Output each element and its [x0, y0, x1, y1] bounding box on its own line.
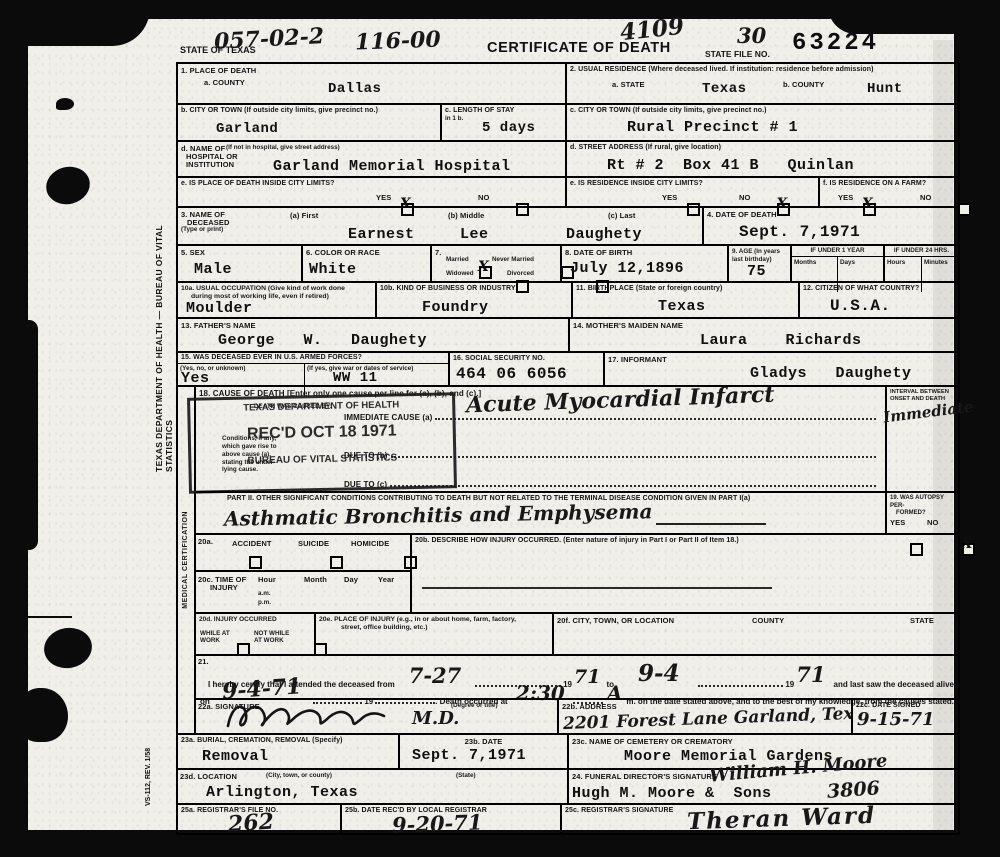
field-length-of-stay: c. LENGTH OF STAY in 1 b. 5 days: [440, 105, 565, 140]
received-stamp: TEXAS DEPARTMENT OF HEALTH REC'D OCT 18 …: [187, 392, 457, 494]
date-signed-value: 9-15-71: [857, 711, 935, 729]
dob-value: July 12,1896: [570, 261, 684, 276]
field-injury-occurred: 20d. INJURY OCCURRED WHILE AT WORK NOT W…: [196, 614, 314, 654]
field-label: 13. FATHER'S NAME: [181, 321, 565, 330]
medical-certification-block: MEDICAL CERTIFICATION 18. CAUSE OF DEATH…: [178, 385, 958, 733]
father-value: George W. Daughety: [218, 333, 427, 348]
field-how-injury-occurred: 20b. DESCRIBE HOW INJURY OCCURRED. (Ente…: [410, 535, 958, 612]
handwritten-dash: [656, 523, 766, 525]
field-race: 6. COLOR OR RACE White: [301, 246, 430, 281]
field-funeral-director: 24. FUNERAL DIRECTOR'S SIGNATURE William…: [567, 770, 958, 803]
scan-blob-left-mid: [20, 320, 38, 550]
row-place-residence: 1. PLACE OF DEATH a. COUNTY Dallas 2. US…: [178, 64, 958, 103]
certificate-form: 1. PLACE OF DEATH a. COUNTY Dallas 2. US…: [176, 62, 960, 835]
field-part2-conditions: PART II. OTHER SIGNIFICANT CONDITIONS CO…: [196, 493, 885, 533]
dod-value: Sept. 7,1971: [739, 224, 860, 240]
field-label: 20a.: [198, 537, 213, 546]
field-time-of-injury: 20c. TIME OF INJURY Hour a.m. p.m. Month…: [196, 570, 410, 614]
middle-name-value: Lee: [460, 227, 489, 242]
widowed-label: Widowed: [446, 270, 474, 278]
married-label: Married: [446, 256, 469, 264]
field-label3: INSTITUTION: [186, 160, 234, 169]
handwritten-code-right: 116-00: [355, 29, 441, 54]
last-name-value: Daughety: [566, 227, 642, 242]
industry-value: Foundry: [422, 300, 489, 315]
field-informant: 17. INFORMANT Gladys Daughety: [603, 353, 958, 385]
stamp-line-3: BUREAU OF VITAL STATISTICS: [193, 451, 451, 467]
field-place-of-death: 1. PLACE OF DEATH a. COUNTY Dallas: [178, 64, 565, 103]
handwritten-number-1: 4109: [619, 15, 685, 45]
field-mother-name: 14. MOTHER'S MAIDEN NAME Laura Richards: [568, 319, 958, 351]
row-certification: 21. I hereby certify that I attended the…: [196, 654, 958, 698]
street-value: Rt # 2 Box 41 B Quinlan: [607, 158, 854, 173]
burial-value: Removal: [202, 749, 269, 764]
row-injury-type-time: 20a. ACCIDENT SUICIDE HOMICIDE 20c. TIME…: [196, 533, 958, 612]
pm-label: p.m.: [258, 599, 271, 607]
row-sex-race-dob: 5. SEX Male 6. COLOR OR RACE White 7. Ma…: [178, 244, 958, 281]
occupation-value: Moulder: [186, 301, 253, 316]
handwritten-number-2: 30: [737, 25, 766, 46]
field-label: d. STREET ADDRESS (If rural, give locati…: [570, 144, 955, 152]
field-autopsy: 19. WAS AUTOPSY PER- FORMED? YES NOX: [885, 493, 958, 533]
field-label: 20b. DESCRIBE HOW INJURY OCCURRED. (Ente…: [415, 537, 955, 545]
field-physician-address: 22b. ADDRESS 2201 Forest Lane Garland, T…: [557, 700, 851, 733]
field-label2: INJURY: [210, 583, 238, 592]
row-forces-ssn-informant: 15. WAS DECEASED EVER IN U.S. ARMED FORC…: [178, 351, 958, 385]
stay-value: 5 days: [482, 121, 535, 135]
res-county-value: Hunt: [867, 82, 903, 96]
first-name-label: (a) First: [290, 211, 318, 220]
field-label: 20e. PLACE OF INJURY (e.g., in or about …: [319, 616, 549, 624]
field-label2: FORMED?: [896, 510, 955, 518]
medical-certification-label: MEDICAL CERTIFICATION: [182, 511, 191, 609]
no-label: NO: [478, 193, 489, 202]
field-label: e. IS RESIDENCE INSIDE CITY LIMITS?: [570, 180, 815, 188]
scanned-death-certificate: TEXAS DEPARTMENT OF HEALTH — BUREAU OF V…: [0, 0, 1000, 857]
dotted-line: [390, 485, 876, 487]
mother-value: Laura Richards: [700, 333, 862, 348]
month-label: Month: [304, 575, 327, 584]
row-location-director: 23d. LOCATION (City, town, or county) (S…: [178, 768, 958, 803]
from-year-value: 71: [574, 668, 600, 687]
field-label: 20f. CITY, TOWN, OR LOCATION: [557, 616, 674, 625]
field-registrar-file-no: 25a. REGISTRAR'S FILE NO. 262: [178, 805, 340, 835]
dotted-line: [435, 418, 876, 420]
field-res-on-farm: f. IS RESIDENCE ON A FARM? YESX NO: [818, 178, 958, 206]
checkbox-accident: [249, 556, 262, 569]
handwritten-code-left: 057-02-2: [213, 25, 324, 53]
field-label: 8. DATE OF BIRTH: [565, 248, 724, 257]
city-value: Garland: [216, 122, 278, 136]
field-label: 20d. INJURY OCCURRED: [199, 616, 311, 624]
field-usual-residence: 2. USUAL RESIDENCE (Where deceased lived…: [565, 64, 958, 103]
row-physician: 22a. SIGNATURE (Degree or title) M.D. 22…: [196, 698, 958, 733]
field-label: 23d. LOCATION: [180, 772, 237, 781]
field-label: 14. MOTHER'S MAIDEN NAME: [573, 321, 955, 330]
field-label3: (Type or print): [181, 226, 223, 234]
field-label: 11. BIRTHPLACE (State or foreign country…: [576, 285, 795, 293]
field-label: IF UNDER 24 HRS.: [885, 246, 958, 257]
city-town-county-label: (City, town, or county): [266, 772, 332, 780]
state-sublabel: (State): [456, 772, 476, 780]
field-label: 19. WAS AUTOPSY PER-: [890, 495, 955, 510]
field-label: 6. COLOR OR RACE: [306, 248, 427, 257]
no-label: NO: [927, 518, 938, 527]
field-label: 1. PLACE OF DEATH: [181, 66, 562, 75]
location-value: Arlington, Texas: [206, 785, 358, 800]
margin-form-code: VS-112, REV. 1/58: [145, 688, 152, 806]
field-date-of-death: 4. DATE OF DEATH Sept. 7,1971: [702, 208, 958, 244]
age-value: 75: [747, 264, 766, 279]
part2-value: Asthmatic Bronchitis and Emphysema: [224, 501, 653, 528]
row-city-stay: b. CITY OR TOWN (If outside city limits,…: [178, 103, 958, 140]
race-value: White: [309, 262, 357, 277]
field-label: 10b. KIND OF BUSINESS OR INDUSTRY: [380, 285, 568, 293]
field-occupation: 10a. USUAL OCCUPATION (Give kind of work…: [178, 283, 375, 317]
row-parents: 13. FATHER'S NAME George W. Daughety 14.…: [178, 317, 958, 351]
field-city-of-death: b. CITY OR TOWN (If outside city limits,…: [178, 105, 440, 140]
year-label: Year: [378, 575, 394, 584]
field-ssn: 16. SOCIAL SECURITY NO. 464 06 6056: [448, 353, 603, 385]
row-hospital-street: d. NAME OF (If not in hospital, give str…: [178, 140, 958, 176]
ssn-value: 464 06 6056: [456, 366, 567, 382]
no-label: NO: [739, 193, 750, 202]
doctor-signature-scribble: [222, 698, 412, 734]
field-burial-date: 23b. DATE Sept. 7,1971: [398, 735, 567, 768]
field-label: 4. DATE OF DEATH: [707, 210, 955, 219]
field-label: 21.: [198, 657, 209, 666]
field-label: 16. SOCIAL SECURITY NO.: [453, 355, 600, 363]
field-label: 10a. USUAL OCCUPATION (Give kind of work…: [181, 285, 372, 293]
registrar-signature-value: Theran Ward: [687, 804, 877, 834]
field-date-of-birth: 8. DATE OF BIRTH July 12,1896: [560, 246, 727, 281]
birthplace-value: Texas: [658, 299, 706, 314]
field-label: 15. WAS DECEASED EVER IN U.S. ARMED FORC…: [178, 353, 448, 364]
forces-value: Yes: [181, 371, 210, 386]
divorced-label: Divorced: [507, 270, 534, 278]
row-part2-autopsy: PART II. OTHER SIGNIFICANT CONDITIONS CO…: [196, 491, 958, 533]
day-label: Day: [344, 575, 358, 584]
checkbox-married: X: [479, 266, 492, 279]
field-citizen: 12. CITIZEN OF WHAT COUNTRY? U.S.A.: [798, 283, 958, 317]
state-value: Texas: [702, 82, 747, 96]
state-file-no-label: STATE FILE NO.: [705, 49, 770, 59]
row-occupation: 10a. USUAL OCCUPATION (Give kind of work…: [178, 281, 958, 317]
field-industry: 10b. KIND OF BUSINESS OR INDUSTRY Foundr…: [375, 283, 571, 317]
funeral-home-value: Hugh M. Moore & Sons: [572, 786, 772, 801]
scan-scratch-line: [0, 616, 72, 618]
stamp-date: OCT 18 1971: [300, 422, 396, 441]
scan-blob-bottom-left: [18, 688, 68, 742]
middle-name-label: (b) Middle: [448, 211, 484, 220]
field-cause-of-death: 18. CAUSE OF DEATH [Enter only one cause…: [196, 387, 885, 491]
field-father-name: 13. FATHER'S NAME George W. Daughety: [178, 319, 568, 351]
field-death-inside-limits: e. IS PLACE OF DEATH INSIDE CITY LIMITS?…: [178, 178, 565, 206]
accident-label: ACCIDENT: [232, 539, 272, 548]
hospital-value: Garland Memorial Hospital: [273, 159, 511, 174]
date-received-value: 9-20-71: [392, 811, 483, 835]
field-interval: INTERVAL BETWEEN ONSET AND DEATH Immedia…: [885, 387, 958, 491]
scan-edge-right: [954, 0, 1000, 857]
attended-to-value: 9-4: [638, 662, 680, 685]
field-street-address: d. STREET ADDRESS (If rural, give locati…: [565, 142, 958, 176]
row-cause-of-death: 18. CAUSE OF DEATH [Enter only one cause…: [196, 387, 958, 491]
punch-hole-top: [42, 162, 94, 209]
field-label: c. CITY OR TOWN (If outside city limits,…: [570, 107, 955, 115]
field-certification-statement: 21. I hereby certify that I attended the…: [196, 656, 958, 698]
field-registrar-signature: 25c. REGISTRAR'S SIGNATURE Theran Ward: [560, 805, 958, 835]
funeral-home-number: 3806: [826, 779, 880, 802]
yes-label: YES: [662, 193, 677, 202]
stamp-line-1: TEXAS DEPARTMENT OF HEALTH: [192, 398, 450, 414]
field-sex: 5. SEX Male: [178, 246, 301, 281]
field-label: c. LENGTH OF STAY: [445, 107, 562, 115]
field-date-signed: 22c. DATE SIGNED 9-15-71: [851, 700, 958, 733]
field-label: f. IS RESIDENCE ON A FARM?: [823, 180, 955, 188]
never-married-label: Never Married: [492, 256, 534, 264]
field-accident-suicide-homicide: 20a. ACCIDENT SUICIDE HOMICIDE: [196, 535, 410, 570]
field-res-inside-limits: e. IS RESIDENCE INSIDE CITY LIMITS? YES …: [565, 178, 818, 206]
row-injury-place: 20d. INJURY OCCURRED WHILE AT WORK NOT W…: [196, 612, 958, 654]
informant-value: Gladys Daughety: [750, 366, 912, 381]
registrar-file-value: 262: [227, 810, 274, 835]
citizen-value: U.S.A.: [830, 298, 891, 314]
checkbox-mark: X: [478, 259, 489, 275]
field-label: e. IS PLACE OF DEATH INSIDE CITY LIMITS?: [181, 180, 562, 188]
am-label: a.m.: [258, 590, 271, 598]
field-label: 9. AGE (In years: [732, 248, 787, 256]
field-injury-city: 20f. CITY, TOWN, OR LOCATION COUNTY STAT…: [552, 614, 958, 654]
field-label: 23b. DATE: [403, 737, 564, 746]
res-county-label: b. COUNTY: [783, 80, 824, 89]
scan-speck: [56, 98, 74, 110]
field-label: INTERVAL BETWEEN: [890, 389, 955, 396]
field-label: 23c. NAME OF CEMETERY OR CREMATORY: [572, 737, 955, 746]
county-label: a. COUNTY: [204, 78, 245, 87]
margin-department-text: TEXAS DEPARTMENT OF HEALTH — BUREAU OF V…: [154, 172, 174, 472]
checkbox-suicide: [330, 556, 343, 569]
yes-label: YES: [838, 193, 853, 202]
field-age: 9. AGE (In years last birthday) 75: [727, 246, 790, 281]
scan-streak-top: [130, 10, 834, 19]
while-at-work-label2: WORK: [200, 637, 220, 645]
field-label: b. CITY OR TOWN (If outside city limits,…: [181, 107, 437, 115]
field-if-under-1-year: IF UNDER 1 YEAR Months Days: [790, 246, 883, 281]
first-name-value: Earnest: [348, 227, 415, 242]
checkbox-farm-no: [958, 203, 971, 216]
state-label: STATE: [910, 616, 934, 625]
row-city-limits: e. IS PLACE OF DEATH INSIDE CITY LIMITS?…: [178, 176, 958, 206]
to-year-value: 71: [796, 664, 825, 685]
field-armed-forces: 15. WAS DECEASED EVER IN U.S. ARMED FORC…: [178, 353, 448, 385]
row-registrar: 25a. REGISTRAR'S FILE NO. 262 25b. DATE …: [178, 803, 958, 835]
suicide-label: SUICIDE: [298, 539, 329, 548]
field-paren-label: (If not in hospital, give street address…: [226, 144, 340, 152]
field-res-city: c. CITY OR TOWN (If outside city limits,…: [565, 105, 958, 140]
field-place-of-injury: 20e. PLACE OF INJURY (e.g., in or about …: [314, 614, 552, 654]
row-name-dod: 3. NAME OF DECEASED (Type or print) (a) …: [178, 206, 958, 244]
signature-md-suffix: M.D.: [412, 710, 459, 728]
checkbox-mark: X: [961, 536, 972, 552]
yes-label: YES: [376, 193, 391, 202]
county-label: COUNTY: [752, 616, 784, 625]
blank-line: [422, 587, 772, 589]
checkbox-autopsy-no: X: [962, 543, 975, 556]
attended-from-value: 7-27: [409, 665, 462, 686]
field-label: 2. USUAL RESIDENCE (Where deceased lived…: [570, 66, 955, 74]
county-value: Dallas: [328, 82, 381, 96]
dotted-line: [391, 456, 876, 458]
field-hospital: d. NAME OF (If not in hospital, give str…: [178, 142, 565, 176]
field-label: IF UNDER 1 YEAR: [792, 246, 883, 257]
hour-label: Hour: [258, 575, 276, 584]
last-name-label: (c) Last: [608, 211, 635, 220]
field-marital-status: 7. MarriedX Never Married Widowed Divorc…: [430, 246, 560, 281]
field-burial-location: 23d. LOCATION (City, town, or county) (S…: [178, 770, 567, 803]
field-label: 23a. BURIAL, CREMATION, REMOVAL (Specify…: [181, 737, 395, 745]
burial-date-value: Sept. 7,1971: [412, 748, 526, 763]
field-label: 12. CITIZEN OF WHAT COUNTRY?: [803, 285, 955, 293]
homicide-label: HOMICIDE: [351, 539, 389, 548]
no-label: NO: [920, 193, 931, 202]
field-if-under-24-hrs: IF UNDER 24 HRS. Hours Minutes: [883, 246, 958, 281]
field-name-of-deceased: 3. NAME OF DECEASED (Type or print) (a) …: [178, 208, 702, 244]
not-while-label2: AT WORK: [254, 637, 284, 645]
res-city-value: Rural Precinct # 1: [627, 120, 798, 135]
yes-label: YES: [890, 518, 905, 527]
field-label: 17. INFORMANT: [608, 355, 955, 364]
field-burial-type: 23a. BURIAL, CREMATION, REMOVAL (Specify…: [178, 735, 398, 768]
field-birthplace: 11. BIRTHPLACE (State or foreign country…: [571, 283, 798, 317]
sex-value: Male: [194, 262, 232, 277]
state-label: a. STATE: [612, 80, 645, 89]
field-physician-signature: 22a. SIGNATURE (Degree or title) M.D.: [196, 700, 557, 733]
stamp-recd: REC'D: [247, 425, 296, 443]
field-label: 5. SEX: [181, 248, 298, 257]
field-label2: street, office building, etc.): [341, 624, 549, 632]
state-file-number: 63224: [792, 30, 879, 57]
war-value: WW 11: [333, 371, 378, 385]
field-date-received: 25b. DATE REC'D BY LOCAL REGISTRAR 9-20-…: [340, 805, 560, 835]
punch-hole-bottom: [41, 624, 95, 672]
